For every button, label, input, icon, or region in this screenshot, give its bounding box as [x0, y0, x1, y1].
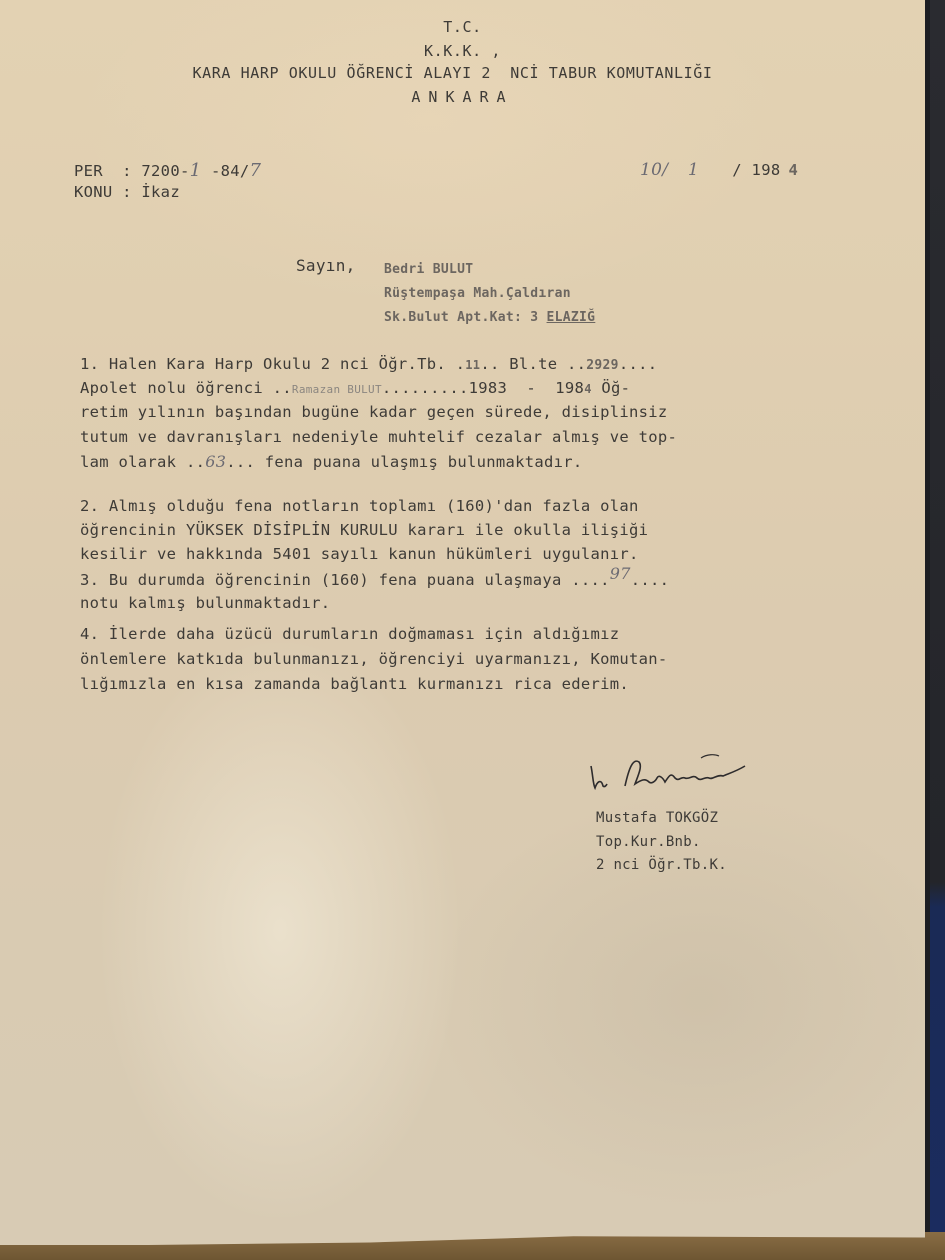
recipient-address-2: Sk.Bulut Apt.Kat: 3 ELAZIĞ	[384, 310, 595, 325]
para4-line1: 4. İlerde daha üzücü durumların doğmamas…	[80, 625, 619, 643]
para3-line2: notu kalmış bulunmaktadır.	[80, 594, 330, 612]
text: Apolet nolu öğrenci ..	[80, 379, 292, 397]
reference-number: PER : 7200-1 -84/7	[74, 160, 261, 181]
text: 3. Bu durumda öğrencinin (160) fena puan…	[80, 571, 610, 589]
text: ....	[619, 355, 658, 373]
background-edge	[930, 0, 945, 1260]
salutation: Sayın,	[296, 256, 356, 275]
letter-page: T.C. K.K.K. , KARA HARP OKULU ÖĞRENCİ AL…	[0, 0, 925, 1245]
date-day: 10/	[640, 160, 668, 180]
para4-line3: lığımızla en kısa zamanda bağlantı kurma…	[80, 675, 629, 693]
field-remaining-points: 97	[610, 564, 631, 583]
recipient-address-1: Rüştempaşa Mah.Çaldıran	[384, 286, 571, 301]
text: ... fena puana ulaşmış bulunmaktadır.	[226, 453, 582, 471]
per-handwritten-2: 7	[250, 160, 262, 181]
field-year: 4	[584, 382, 592, 396]
para2-line1: 2. Almış olduğu fena notların toplamı (1…	[80, 497, 639, 515]
field-penalty-points: 63	[205, 452, 226, 471]
para2-line3: kesilir ve hakkında 5401 sayılı kanun hü…	[80, 545, 639, 563]
handwritten-signature-icon	[585, 748, 775, 798]
date-year-stamp: 4	[788, 161, 798, 179]
field-battalion: 11	[465, 358, 480, 372]
header-city: ANKARA	[0, 88, 925, 106]
text: 1. Halen Kara Harp Okulu 2 nci Öğr.Tb. .	[80, 355, 465, 373]
field-apolet-number: 2929	[586, 358, 619, 373]
per-label: PER : 7200-	[74, 162, 190, 180]
date-year-typed: / 198	[732, 161, 780, 179]
para2-line2: öğrencinin YÜKSEK DİSİPLİN KURULU kararı…	[80, 521, 648, 539]
subject-line: KONU : İkaz	[74, 183, 180, 201]
para3-line1: 3. Bu durumda öğrencinin (160) fena puan…	[80, 570, 669, 589]
header-kkk: K.K.K. ,	[0, 42, 925, 60]
text: Öğ-	[592, 379, 631, 397]
signatory-unit: 2 nci Öğr.Tb.K.	[596, 857, 727, 873]
per-handwritten-1: 1	[190, 160, 202, 181]
header-tc: T.C.	[0, 18, 925, 36]
para1-line4: tutum ve davranışları nedeniyle muhtelif…	[80, 428, 677, 446]
text: ....	[631, 571, 670, 589]
para4-line2: önlemlere katkıda bulunmanızı, öğrenciyi…	[80, 650, 668, 668]
text: lam olarak ..	[80, 453, 205, 471]
recipient-city: ELAZIĞ	[547, 310, 596, 325]
signatory-rank: Top.Kur.Bnb.	[596, 834, 701, 850]
per-middle: -84/	[201, 162, 249, 180]
signatory-name: Mustafa TOKGÖZ	[596, 810, 718, 826]
field-student-name: Ramazan BULUT	[292, 383, 382, 396]
para1-line2: Apolet nolu öğrenci ..Ramazan BULUT.....…	[80, 379, 630, 397]
date-month: 1	[688, 160, 699, 180]
letter-date: 10/ 1 / 1984	[640, 160, 798, 180]
header-unit: KARA HARP OKULU ÖĞRENCİ ALAYI 2 NCİ TABU…	[0, 64, 915, 82]
text: .. Bl.te ..	[480, 355, 586, 373]
recipient-name: Bedri BULUT	[384, 262, 473, 277]
para1-line3: retim yılının başından bugüne kadar geçe…	[80, 403, 668, 421]
para1-line5: lam olarak ..63... fena puana ulaşmış bu…	[80, 452, 583, 471]
address-street: Sk.Bulut Apt.Kat: 3	[384, 310, 547, 325]
text: .........1983 - 198	[382, 379, 584, 397]
para1-line1: 1. Halen Kara Harp Okulu 2 nci Öğr.Tb. .…	[80, 355, 657, 373]
